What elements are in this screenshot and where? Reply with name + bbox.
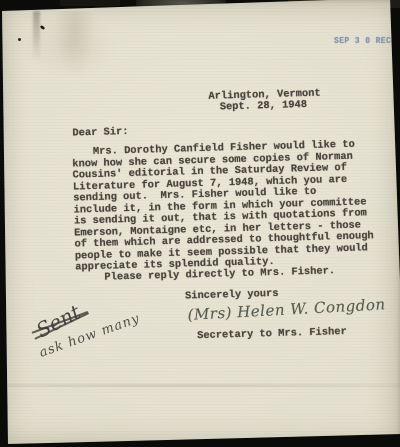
scanned-letter: SEP 3 0 RECD Arlington, Vermont Sept. 28… (0, 0, 400, 447)
dateline-date: Sept. 28, 1948 (220, 100, 308, 114)
scanner-artifact (60, 0, 120, 6)
salutation: Dear Sir: (72, 127, 128, 140)
letter-body: Mrs. Dorothy Canfield Fisher would like … (72, 139, 375, 274)
signature-title: Secretary to Mrs. Fisher (197, 327, 347, 343)
letter-paper: SEP 3 0 RECD Arlington, Vermont Sept. 28… (0, 0, 400, 447)
letter-content: Arlington, Vermont Sept. 28, 1948 Dear S… (0, 0, 400, 447)
